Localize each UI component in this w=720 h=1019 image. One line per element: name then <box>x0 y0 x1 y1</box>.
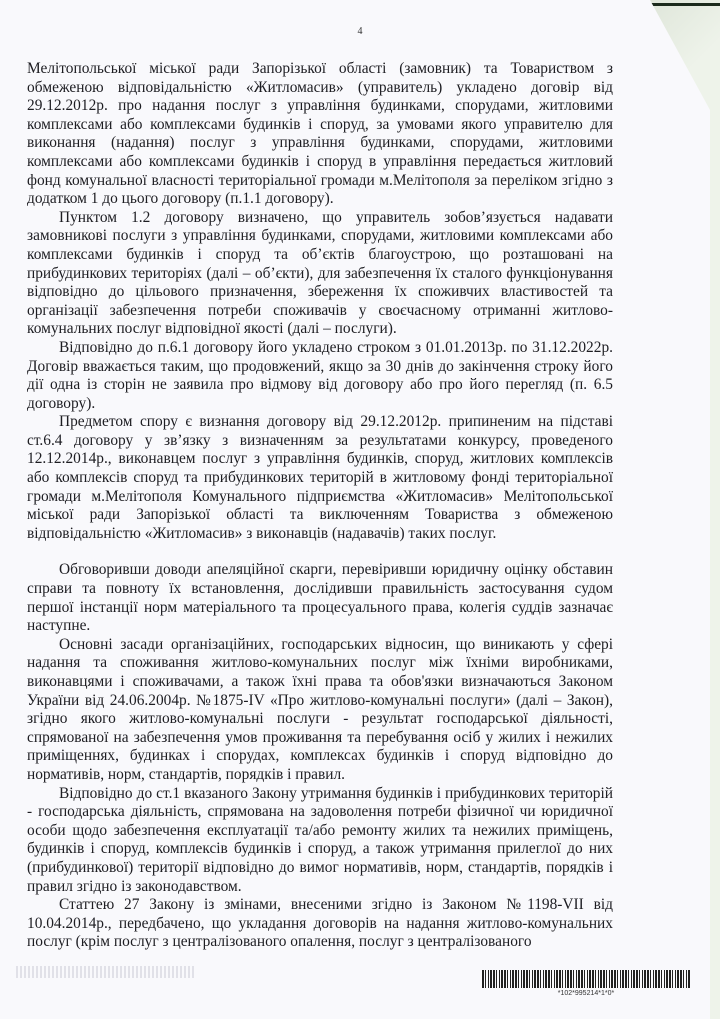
paragraph-article-1: Відповідно до ст.1 вказаного Закону утри… <box>27 785 613 897</box>
paragraph-clause-1-2: Пунктом 1.2 договору визначено, що управ… <box>27 209 613 339</box>
document-body: Мелітопольської міської ради Запорізької… <box>27 60 613 952</box>
scan-edge <box>650 3 720 6</box>
paragraph-law-basis: Основні засади організаційних, господарс… <box>27 636 613 785</box>
paragraph-article-27: Статтею 27 Закону із змінами, внесеними … <box>27 896 613 952</box>
document-page: 4 Мелітопольської міської ради Запорізьк… <box>0 0 710 1019</box>
paragraph-subject-of-dispute: Предметом спору є визнання договору від … <box>27 413 613 543</box>
paragraph-contract-term: Відповідно до п.6.1 договору його укладе… <box>27 339 613 413</box>
paragraph-contract-parties: Мелітопольської міської ради Запорізької… <box>27 60 613 209</box>
bleed-through-barcode <box>16 966 196 978</box>
page-number: 4 <box>0 26 720 37</box>
barcode-number: *102*995214*1*0* <box>482 990 690 997</box>
paragraph-court-review: Обговоривши доводи апеляційної скарги, п… <box>27 561 613 635</box>
barcode <box>482 970 690 988</box>
